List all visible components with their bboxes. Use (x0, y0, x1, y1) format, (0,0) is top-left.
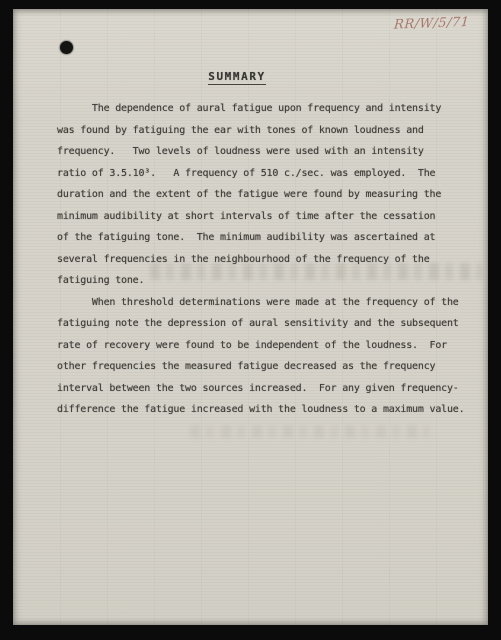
typewritten-line: When threshold determinations were made … (57, 292, 473, 314)
typewritten-line: several frequencies in the neighbourhood… (57, 249, 473, 271)
typewritten-line: duration and the extent of the fatigue w… (57, 184, 473, 206)
typewritten-line: minimum audibility at short intervals of… (57, 206, 473, 228)
typewritten-line: interval between the two sources increas… (57, 378, 473, 400)
paragraph-2: When threshold determinations were made … (57, 292, 473, 421)
punch-hole-dot (60, 41, 73, 54)
document-page: RR/W/5/71 SUMMARY The dependence of aura… (13, 9, 488, 625)
typewritten-line: other frequencies the measured fatigue d… (57, 356, 473, 378)
typewritten-line: was found by fatiguing the ear with tone… (57, 120, 473, 142)
typewritten-line: The dependence of aural fatigue upon fre… (57, 98, 473, 120)
typewritten-line: fatiguing tone. (57, 270, 473, 292)
typewritten-line: ratio of 3.5.10³. A frequency of 510 c./… (57, 163, 473, 185)
scan-background: RR/W/5/71 SUMMARY The dependence of aura… (0, 0, 501, 640)
typewritten-line: difference the fatigue increased with th… (57, 399, 473, 421)
title-row: SUMMARY (13, 65, 461, 85)
document-title: SUMMARY (208, 70, 266, 85)
typewritten-line: of the fatiguing tone. The minimum audib… (57, 227, 473, 249)
reference-number: RR/W/5/71 (394, 14, 485, 32)
document-body: The dependence of aural fatigue upon fre… (57, 98, 473, 421)
typewritten-line: rate of recovery were found to be indepe… (57, 335, 473, 357)
ink-bleed-through (190, 425, 430, 438)
paragraph-1: The dependence of aural fatigue upon fre… (57, 98, 473, 292)
typewritten-line: fatiguing note the depression of aural s… (57, 313, 473, 335)
typewritten-line: frequency. Two levels of loudness were u… (57, 141, 473, 163)
